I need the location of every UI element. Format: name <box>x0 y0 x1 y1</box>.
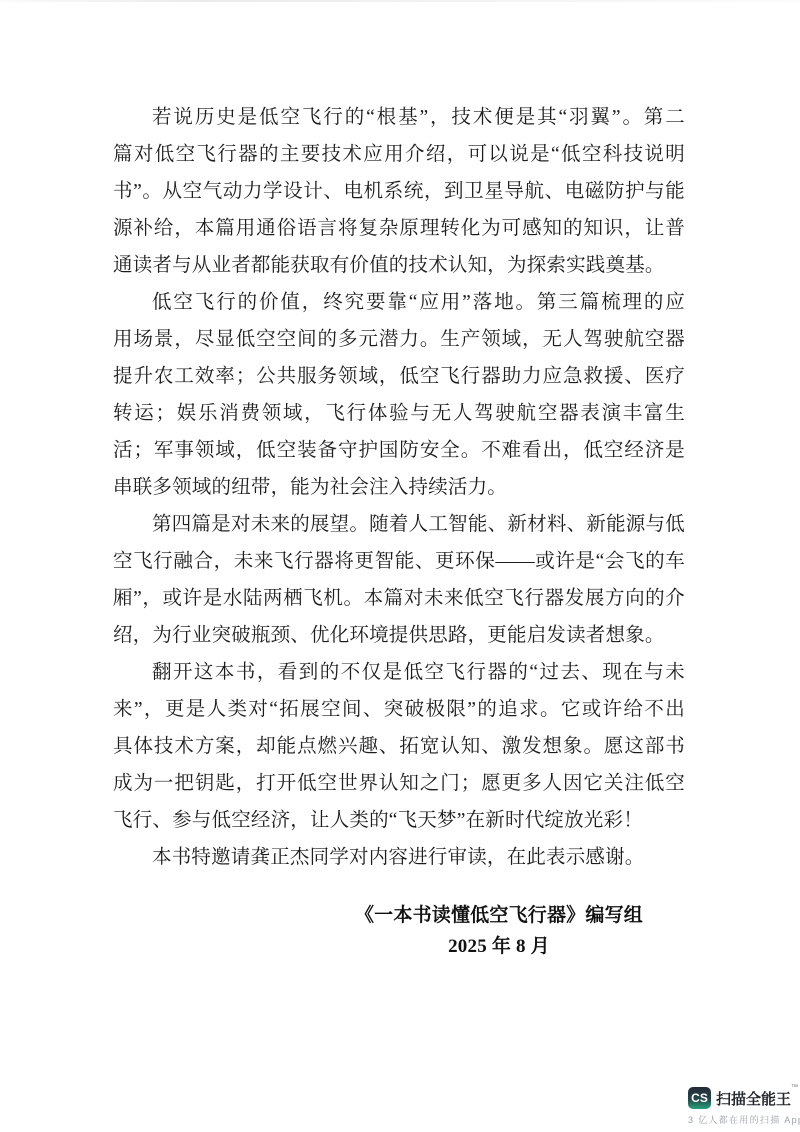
text-line: 绍，为行业突破瓶颈、优化环境提供思路，更能启发读者想象。 <box>113 617 685 654</box>
watermark-app-name-text: 扫描全能王 <box>716 1091 791 1108</box>
text-line: 翻开这本书，看到的不仅是低空飞行器的“过去、现在与未 <box>113 654 685 691</box>
text-line: 转运；娱乐消费领域，飞行体验与无人驾驶航空器表演丰富生 <box>113 395 685 432</box>
signature-block: 《一本书读懂低空飞行器》编写组2025 年 8 月 <box>113 900 685 962</box>
text-line: 第四篇是对未来的展望。随着人工智能、新材料、新能源与低 <box>113 506 685 543</box>
watermark-row: CS 扫描全能王™ <box>688 1087 800 1109</box>
body-text: 若说历史是低空飞行的“根基”，技术便是其“羽翼”。第二篇对低空飞行器的主要技术应… <box>113 99 685 962</box>
text-line: 活；军事领域，低空装备守护国防安全。不难看出，低空经济是 <box>113 432 685 469</box>
text-line: 空飞行融合，未来飞行器将更智能、更环保——或许是“会飞的车 <box>113 543 685 580</box>
text-line: 源补给，本篇用通俗语言将复杂原理转化为可感知的知识，让普 <box>113 210 685 247</box>
text-line: 厢”，或许是水陆两栖飞机。本篇对未来低空飞行器发展方向的介 <box>113 580 685 617</box>
text-line: 提升农工效率；公共服务领域，低空飞行器助力应急救援、医疗 <box>113 358 685 395</box>
text-line: 低空飞行的价值，终究要靠“应用”落地。第三篇梳理的应 <box>113 284 685 321</box>
text-line: 成为一把钥匙，打开低空世界认知之门；愿更多人因它关注低空 <box>113 765 685 802</box>
text-line: 本书特邀请龚正杰同学对内容进行审读，在此表示感谢。 <box>113 839 685 876</box>
paragraph: 本书特邀请龚正杰同学对内容进行审读，在此表示感谢。 <box>113 839 685 876</box>
text-line: 篇对低空飞行器的主要技术应用介绍，可以说是“低空科技说明 <box>113 136 685 173</box>
text-line: 串联多领域的纽带，能为社会注入持续活力。 <box>113 469 685 506</box>
text-line: 通读者与从业者都能获取有价值的技术认知，为探索实践奠基。 <box>113 247 685 284</box>
paragraph: 第四篇是对未来的展望。随着人工智能、新材料、新能源与低空飞行融合，未来飞行器将更… <box>113 506 685 654</box>
watermark-tagline: 3 亿人都在用的扫描 App <box>688 1113 800 1126</box>
trademark-symbol: ™ <box>791 1084 798 1091</box>
text-line: 飞行、参与低空经济，让人类的“飞天梦”在新时代绽放光彩！ <box>113 802 685 839</box>
signature-group-name: 《一本书读懂低空飞行器》编写组 <box>313 900 685 931</box>
paragraph: 翻开这本书，看到的不仅是低空飞行器的“过去、现在与未来”，更是人类对“拓展空间、… <box>113 654 685 839</box>
watermark-app-name: 扫描全能王™ <box>716 1088 798 1109</box>
text-line: 具体技术方案，却能点燃兴趣、拓宽认知、激发想象。愿这部书 <box>113 728 685 765</box>
text-line: 来”，更是人类对“拓展空间、突破极限”的追求。它或许给不出 <box>113 691 685 728</box>
paragraph: 若说历史是低空飞行的“根基”，技术便是其“羽翼”。第二篇对低空飞行器的主要技术应… <box>113 99 685 284</box>
scanned-document-page: 若说历史是低空飞行的“根基”，技术便是其“羽翼”。第二篇对低空飞行器的主要技术应… <box>0 0 800 1132</box>
signature-date: 2025 年 8 月 <box>313 931 685 962</box>
camscanner-logo-icon: CS <box>688 1087 711 1109</box>
text-line: 用场景，尽显低空空间的多元潜力。生产领域，无人驾驶航空器 <box>113 321 685 358</box>
paragraph: 低空飞行的价值，终究要靠“应用”落地。第三篇梳理的应用场景，尽显低空空间的多元潜… <box>113 284 685 506</box>
camscanner-watermark: CS 扫描全能王™ 3 亿人都在用的扫描 App <box>688 1087 800 1126</box>
scan-edge-artifact <box>0 0 800 2</box>
text-line: 书”。从空气动力学设计、电机系统，到卫星导航、电磁防护与能 <box>113 173 685 210</box>
text-line: 若说历史是低空飞行的“根基”，技术便是其“羽翼”。第二 <box>113 99 685 136</box>
